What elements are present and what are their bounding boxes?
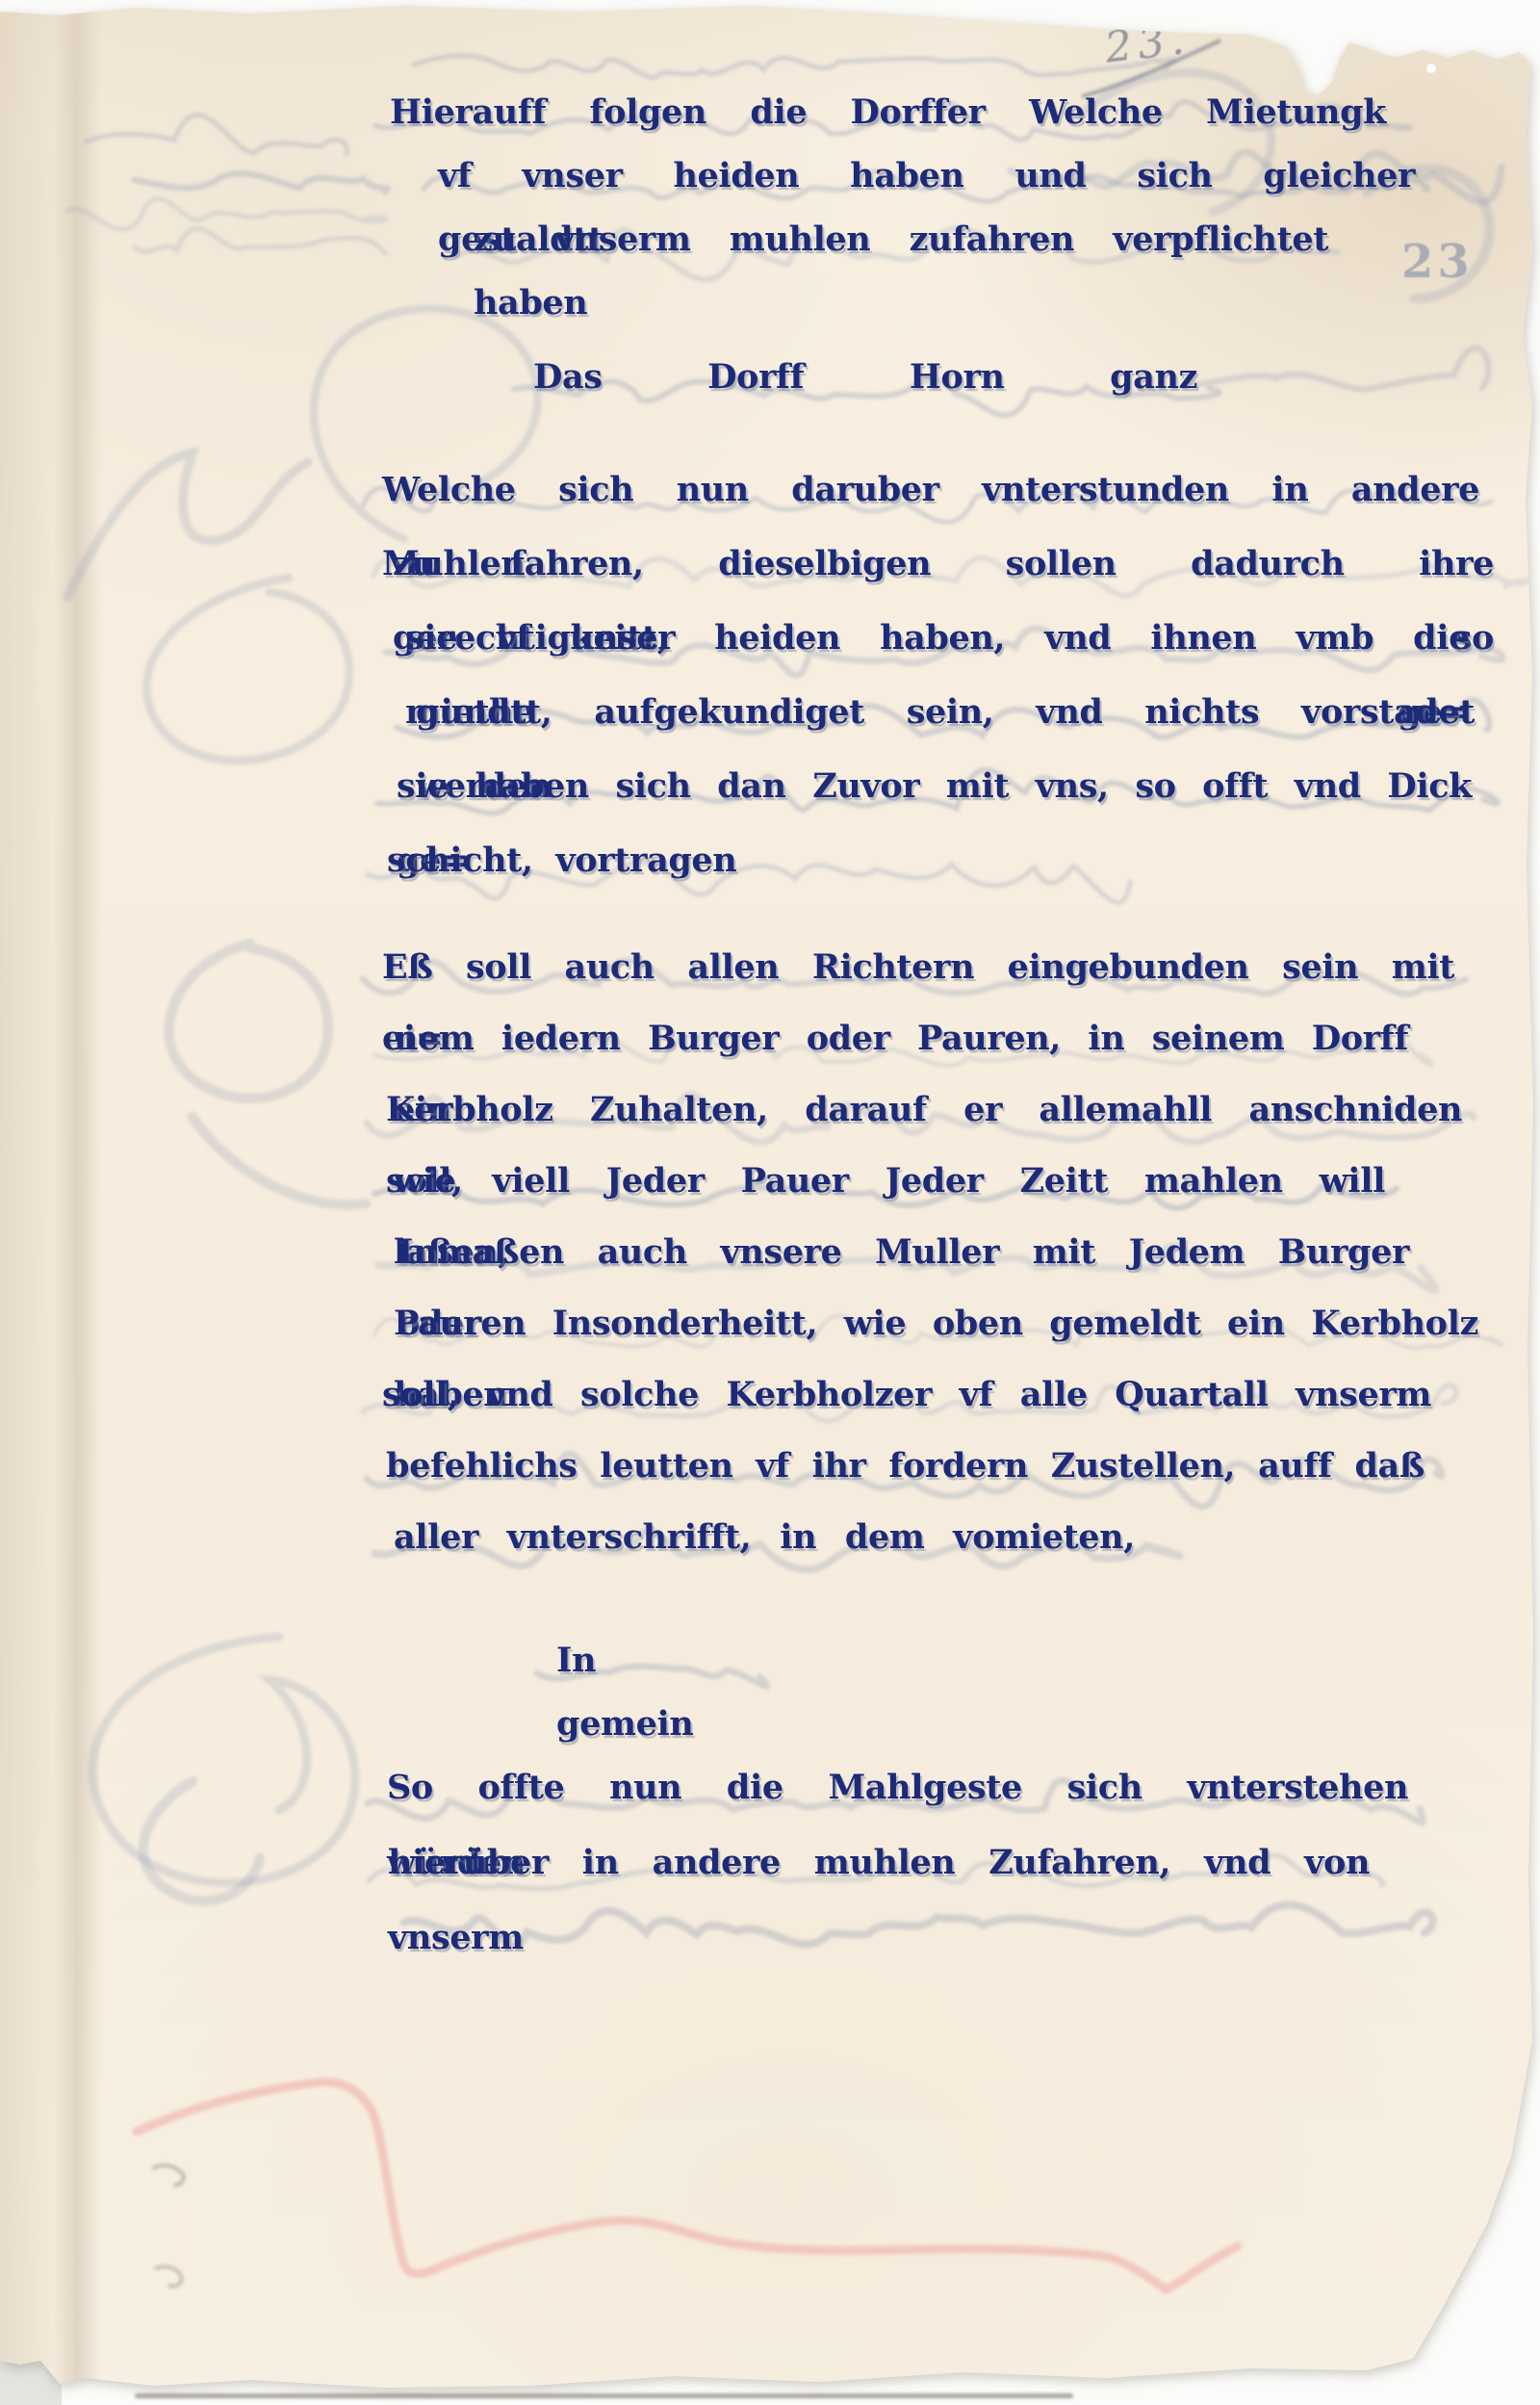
paragraph-line: schicht, vortragen <box>387 823 1118 897</box>
header-line: vf vnser heiden haben und sich gleicher … <box>438 144 1415 208</box>
paragraph-line: nem iedern Burger oder Pauren, in seinem… <box>394 1003 1408 1074</box>
paragraph-line: sie vf unser heiden haben, vnd ihnen vmb… <box>405 601 1470 675</box>
paragraph-line: sie haben sich dan Zuvor mit vns, so off… <box>397 749 1472 823</box>
manuscript-text: Hierauff folgen die Dorffer Welche Mietu… <box>0 0 1540 2405</box>
paragraph-line: gundtt, aufgekundiget sein, vnd nichts v… <box>416 675 1475 749</box>
printed-folio-number: 23 <box>1401 235 1474 289</box>
header-line: zu vnserm muhlen zufahren verpflichtet h… <box>474 208 1328 272</box>
paragraph-line: zu fahren, dieselbigen sollen dadurch ih… <box>393 527 1494 601</box>
heading-line: In gemein <box>556 1629 749 1693</box>
paragraph-line: wie viell Jeder Pauer Jeder Zeitt mahlen… <box>394 1146 1385 1217</box>
paragraph-line: Kerbholz Zuhalten, darauf er allemahll a… <box>386 1074 1462 1146</box>
paragraph-line: befehlichs leutten vf ihr fordern Zustel… <box>386 1431 1424 1502</box>
paragraph-line: hierüber in andere muhlen Zufahren, vnd … <box>388 1825 1370 1901</box>
paragraph-line: Eß soll auch allen Richtern eingebunden … <box>382 932 1454 1003</box>
scanned-manuscript-page: Hierauff folgen die Dorffer Welche Mietu… <box>0 0 1540 2405</box>
page-edge-shadow <box>135 2393 1073 2398</box>
handwritten-folio-number: 23. <box>1102 14 1193 73</box>
heading-line: Das Dorff Horn ganz <box>533 346 1197 409</box>
paragraph-line: So offte nun die Mahlgeste sich vnterste… <box>387 1750 1408 1825</box>
paragraph-line: Welche sich nun daruber vnterstunden in … <box>382 453 1479 527</box>
paragraph-line: Pauren Insonderheitt, wie oben gemeldt e… <box>394 1288 1478 1359</box>
paragraph-line: soll, vnd solche Kerbholzer vf alle Quar… <box>382 1359 1431 1431</box>
paragraph-line: Inmaßen auch vnsere Muller mit Jedem Bur… <box>398 1217 1409 1288</box>
paper-sheet: Hierauff folgen die Dorffer Welche Mietu… <box>0 0 1540 2405</box>
header-line: Hierauff folgen die Dorffer Welche Mietu… <box>390 81 1386 144</box>
paper-wrap: Hierauff folgen die Dorffer Welche Mietu… <box>0 0 1540 2405</box>
paragraph-line: aller vnterschrifft, in dem vomieten, <box>394 1502 1135 1573</box>
